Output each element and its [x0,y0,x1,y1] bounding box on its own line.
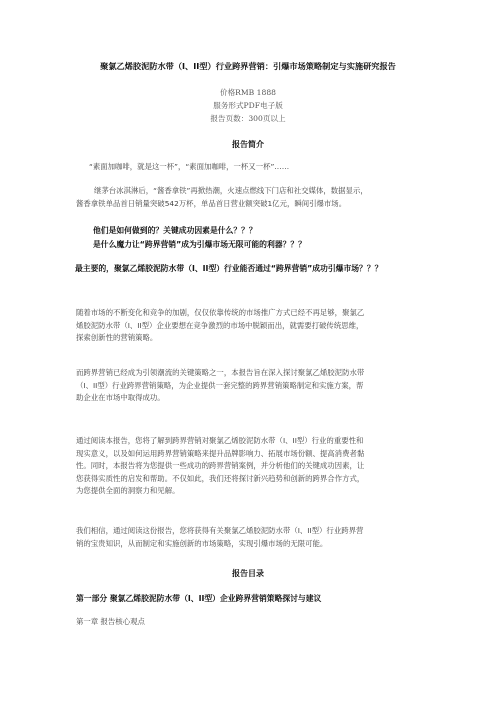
document-page: 聚氯乙烯胶泥防水带（I、II型）行业跨界营销：引爆市场策略制定与实施研究报告 价… [0,0,496,701]
intro-para3: 而跨界营销已经成为引领潮流的关键策略之一，本报告旨在深入探讨聚氯乙烯胶泥防水带 … [76,367,364,405]
report-title: 聚氯乙烯胶泥防水带（I、II型）行业跨界营销：引爆市场策略制定与实施研究报告 [0,61,496,72]
para5-line: 销的宝贵知识，从而制定和实施创新的市场策略，实现引爆市场的无限可能。 [76,538,363,551]
toc-heading: 报告目录 [0,568,496,579]
toc-chapter-1: 第一章 报告核心观点 [76,616,145,629]
intro-heading: 报告简介 [0,139,496,150]
intro-para4: 通过阅读本报告，您将了解到跨界营销对聚氯乙烯胶泥防水带（I、II型）行业的重要性… [76,435,364,498]
para3-line: 而跨界营销已经成为引领潮流的关键策略之一，本报告旨在深入探讨聚氯乙烯胶泥防水带 [76,367,364,380]
slogan-text: “素面加咖啡，就是这一杯”，“素面加咖啡，一杯又一杯”…… [89,161,429,174]
key-question: 最主要的，聚氯乙烯胶泥防水带（I、II型）行业能否通过“跨界营销”成功引爆市场？… [75,263,382,274]
para4-line: 为您提供全面的洞察力和见解。 [76,485,364,498]
para3-line: 助企业在市场中取得成功。 [76,392,364,405]
intro-para1-line2: 酱香拿铁单品首日销量突破542万杯，单品首日营业额突破1亿元，瞬间引爆市场。 [76,198,346,211]
price-text: 价格RMB 1888 [0,87,496,98]
toc-part-1: 第一部分 聚氯乙烯胶泥防水带（I、II型）企业跨界营销策略探讨与建议 [76,593,321,604]
para4-line: 您获得实质性的启发和帮助。不仅如此，我们还将探讨新兴趋势和创新的跨界合作方式， [76,473,364,486]
service-format-text: 服务形式PDF电子版 [0,100,496,111]
intro-para2: 随着市场的不断变化和竞争的加剧，仅仅依靠传统的市场推广方式已经不再足够，聚氯乙 … [76,307,364,345]
para2-line: 探索创新性的营销策略。 [76,332,364,345]
para4-line: 现实意义，以及如何运用跨界营销策略来提升品牌影响力、拓展市场份额、提高消费者黏 [76,448,364,461]
question-2: 是什么魔力让“跨界营销”成为引爆市场无限可能的利器？？？ [93,239,306,250]
intro-para5: 我们相信，通过阅读这份报告，您将获得有关聚氯乙烯胶泥防水带（I、II型）行业跨界… [76,525,363,550]
page-count-text: 报告页数：300页以上 [0,113,496,124]
para4-line: 性。同时，本报告将为您提供一些成功的跨界营销案例，并分析他们的关键成功因素，让 [76,460,364,473]
para4-line: 通过阅读本报告，您将了解到跨界营销对聚氯乙烯胶泥防水带（I、II型）行业的重要性… [76,435,364,448]
para2-line: 烯胶泥防水带（I、II型）企业要想在竞争激烈的市场中脱颖而出，就需要打破传统思维… [76,320,364,333]
para5-line: 我们相信，通过阅读这份报告，您将获得有关聚氯乙烯胶泥防水带（I、II型）行业跨界… [76,525,363,538]
intro-para1-line1: 继茅台冰淇淋后，“酱香拿铁”再掀热潮，火速点燃线下门店和社交媒体，数据显示， [94,185,368,198]
question-1: 他们是如何做到的？关键成功因素是什么？？？ [93,225,257,236]
para2-line: 随着市场的不断变化和竞争的加剧，仅仅依靠传统的市场推广方式已经不再足够，聚氯乙 [76,307,364,320]
para3-line: （I、II型）行业跨界营销策略，为企业提供一套完整的跨界营销策略制定和实施方案，… [76,380,364,393]
